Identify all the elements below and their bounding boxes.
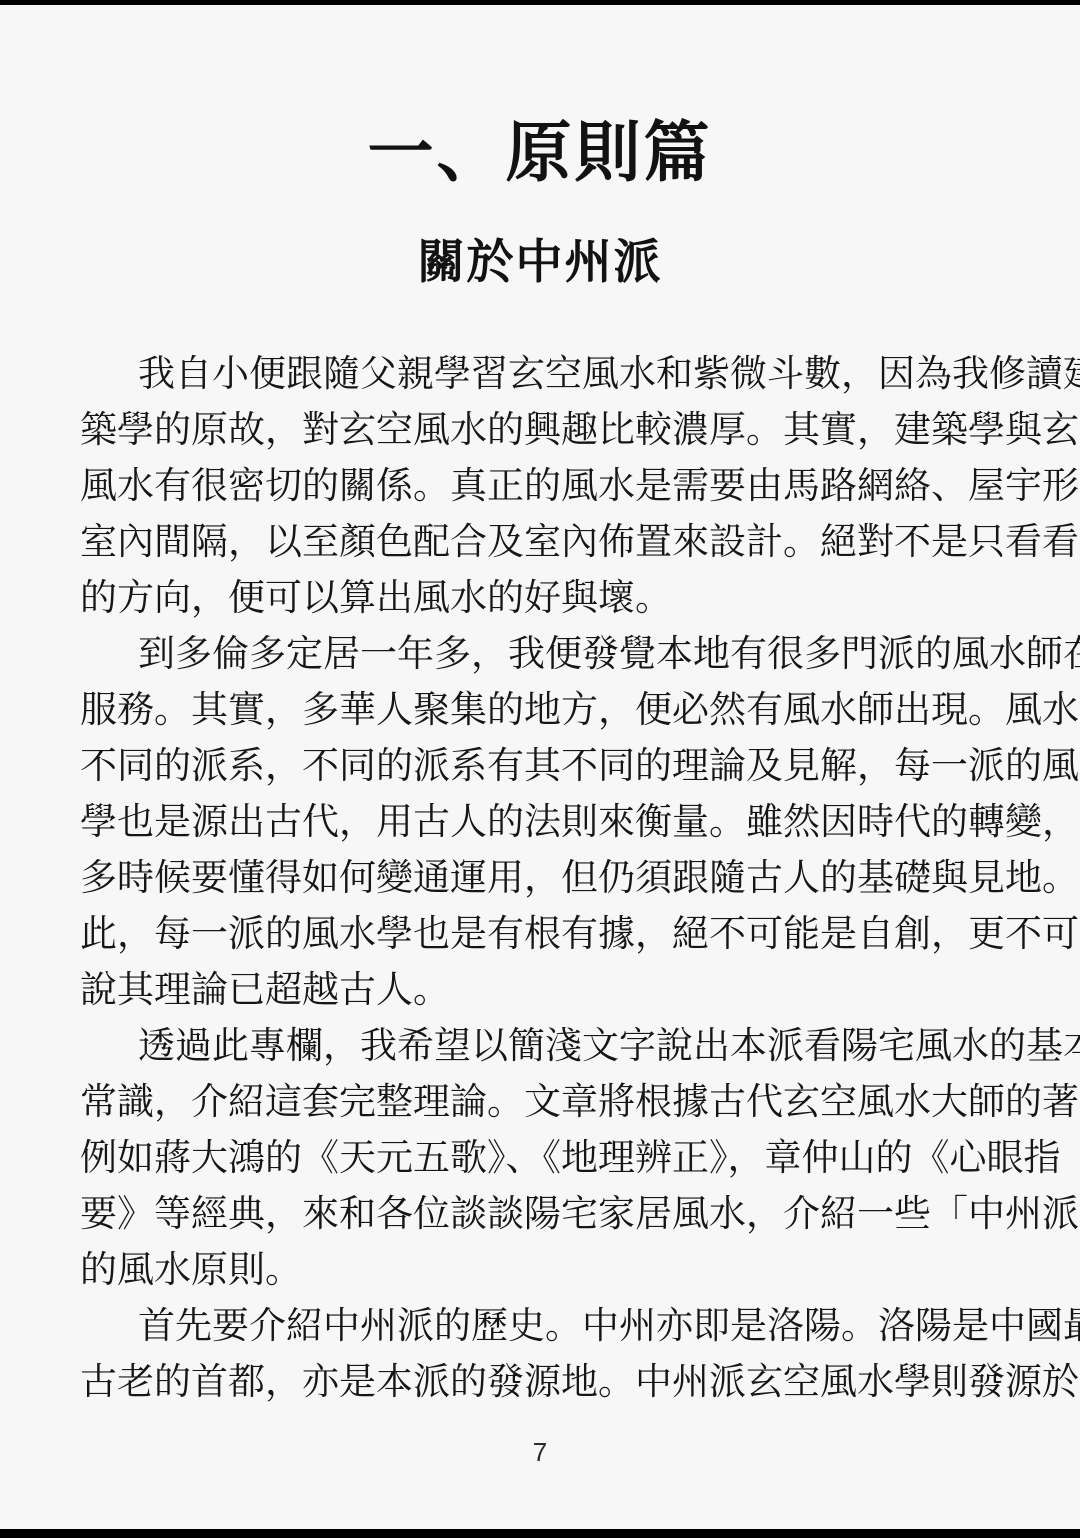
text-line: 學也是源出古代，用古人的法則來衡量。雖然因時代的轉變，很	[80, 794, 1002, 850]
text-line: 的風水原則。	[80, 1242, 1002, 1298]
text-line: 風水有很密切的關係。真正的風水是需要由馬路網絡、屋宇形學、	[80, 458, 1002, 514]
chapter-title: 一、原則篇	[0, 112, 1080, 192]
page-number: 7	[0, 1436, 1080, 1468]
text-line: 例如蔣大鴻的《天元五歌》、《地理辨正》，章仲山的《心眼指	[80, 1130, 1002, 1186]
text-line: 到多倫多定居一年多，我便發覺本地有很多門派的風水師在	[80, 626, 1002, 682]
book-page: 一、原則篇 關於中州派 我自小便跟隨父親學習玄空風水和紫微斗數，因為我修讀建築學…	[0, 0, 1080, 1538]
text-line: 不同的派系，不同的派系有其不同的理論及見解，每一派的風水	[80, 738, 1002, 794]
scan-border-top	[0, 0, 1080, 5]
text-line: 要》等經典，來和各位談談陽宅家居風水，介紹一些「中州派」	[80, 1186, 1002, 1242]
text-line: 此，每一派的風水學也是有根有據，絕不可能是自創，更不可以	[80, 906, 1002, 962]
body-text: 我自小便跟隨父親學習玄空風水和紫微斗數，因為我修讀建築學的原故，對玄空風水的興趣…	[80, 346, 1002, 1410]
text-line: 築學的原故，對玄空風水的興趣比較濃厚。其實，建築學與玄空	[80, 402, 1002, 458]
section-subtitle: 關於中州派	[0, 233, 1080, 291]
text-line: 古老的首都，亦是本派的發源地。中州派玄空風水學則發源於漢	[80, 1354, 1002, 1410]
text-line: 多時候要懂得如何變通運用，但仍須跟隨古人的基礎與見地。因	[80, 850, 1002, 906]
text-line: 常識，介紹這套完整理論。文章將根據古代玄空風水大師的著作，	[80, 1074, 1002, 1130]
text-line: 我自小便跟隨父親學習玄空風水和紫微斗數，因為我修讀建	[80, 346, 1002, 402]
scan-border-bottom	[0, 1529, 1080, 1538]
text-line: 說其理論已超越古人。	[80, 962, 1002, 1018]
text-line: 首先要介紹中州派的歷史。中州亦即是洛陽。洛陽是中國最	[80, 1298, 1002, 1354]
text-line: 的方向，便可以算出風水的好與壞。	[80, 570, 1002, 626]
text-line: 室內間隔，以至顏色配合及室內佈置來設計。絕對不是只看看屋	[80, 514, 1002, 570]
text-line: 透過此專欄，我希望以簡淺文字說出本派看陽宅風水的基本	[80, 1018, 1002, 1074]
text-line: 服務。其實，多華人聚集的地方，便必然有風水師出現。風水有	[80, 682, 1002, 738]
